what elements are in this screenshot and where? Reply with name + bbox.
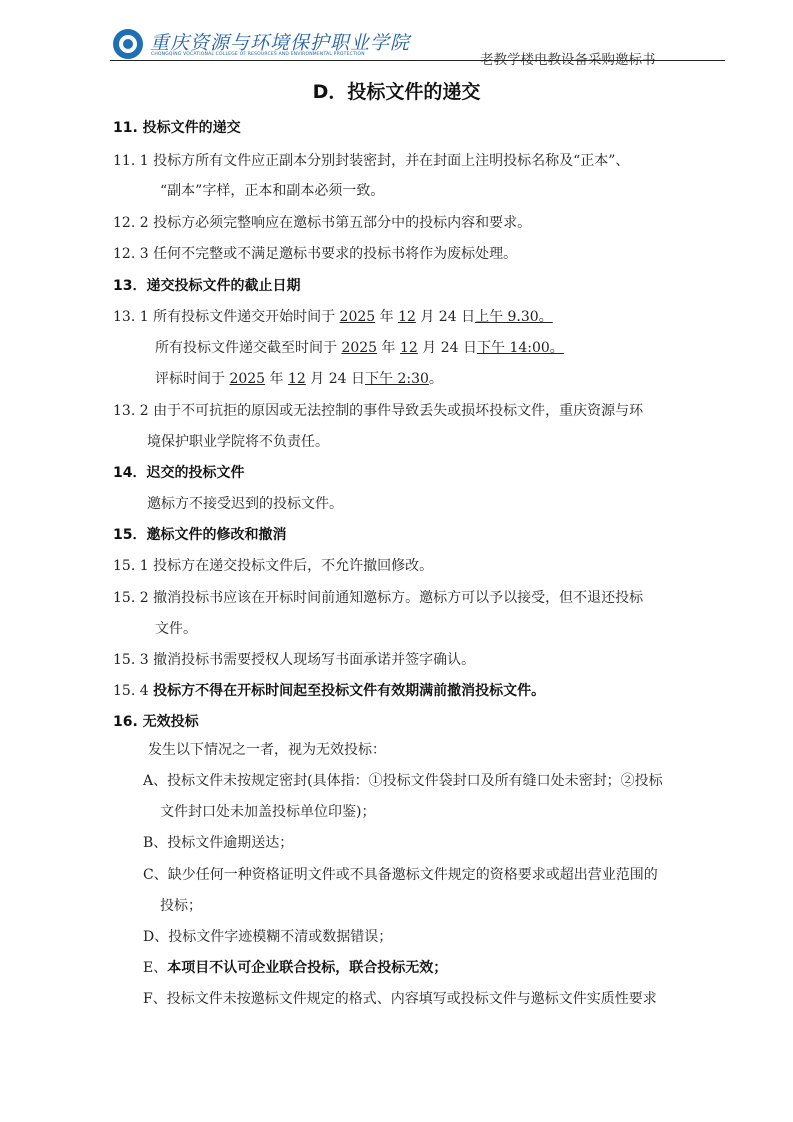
paragraph-15-2-cont: 文件。 [155,618,197,638]
label: 13. 1 所有投标文件递交开始时间于 [113,309,340,325]
item-f: F、投标文件未按邀标文件规定的格式、内容填写或投标文件与邀标文件实质性要求 [143,988,657,1008]
label: 年 [375,309,398,325]
label: 月 24 日 [416,309,475,325]
evaluation-time: 评标时间于 2025 年 12 月 24 日下午 2:30。 [155,368,443,388]
item-d: D、投标文件字迹模糊不清或数据错误； [143,926,392,946]
paragraph-12-2: 12. 2 投标方必须完整响应在邀标书第五部分中的投标内容和要求。 [113,212,531,232]
label: 15. 4 [113,683,153,699]
emphasis-text: 投标方不得在开标时间起至投标文件有效期满前撤消投标文件。 [153,683,545,699]
label: 月 24 日 [418,340,477,356]
label: 。 [429,371,443,387]
month: 12 [400,340,418,356]
paragraph-14: 邀标方不接受迟到的投标文件。 [147,493,343,513]
label: 月 24 日 [306,371,365,387]
document-title: 老教学楼电教设备采购邀标书 [480,48,656,68]
submission-start-time: 13. 1 所有投标文件递交开始时间于 2025 年 12 月 24 日上午 9… [113,306,553,326]
paragraph-15-4: 15. 4 投标方不得在开标时间起至投标文件有效期满前撤消投标文件。 [113,680,545,700]
section-heading-15: 15．邀标文件的修改和撤消 [113,524,286,544]
paragraph-16-intro: 发生以下情况之一者，视为无效投标： [148,739,386,759]
header-divider [110,60,725,61]
paragraph-15-1: 15. 1 投标方在递交投标文件后，不允许撤回修改。 [113,555,433,575]
section-heading-14: 14．迟交的投标文件 [113,462,244,482]
section-heading-16: 16. 无效投标 [113,711,199,731]
page-header: 重庆资源与环境保护职业学院 CHONGQING VOCATIONAL COLLE… [0,0,793,70]
paragraph-13-2: 13. 2 由于不可抗拒的原因或无法控制的事件导致丢失或损坏投标文件，重庆资源与… [113,400,643,420]
logo-english-name: CHONGQING VOCATIONAL COLLEGE OF RESOURCE… [151,52,365,57]
emphasis-text: 本项目不认可企业联合投标，联合投标无效； [167,960,447,976]
paragraph-11-1: 11. 1 投标方所有文件应正副本分别封装密封，并在封面上注明投标名称及“正本”… [113,150,629,170]
label: 年 [265,371,288,387]
label: 年 [377,340,400,356]
paragraph-11-1-cont: “副本”字样，正本和副本必须一致。 [160,180,384,200]
year: 2025 [341,340,377,356]
page-title: D．投标文件的递交 [0,77,793,104]
time: 下午 14:00。 [477,340,564,356]
item-c-cont: 投标； [160,895,202,915]
item-a-cont: 文件封口处未加盖投标单位印鉴)； [160,801,375,821]
submission-deadline: 所有投标文件递交截至时间于 2025 年 12 月 24 日下午 14:00。 [155,337,564,357]
year: 2025 [340,309,376,325]
month: 12 [288,371,306,387]
item-a: A、投标文件未按规定密封(具体指：①投标文件袋封口及所有缝口处未密封；②投标 [143,770,663,790]
paragraph-15-3: 15. 3 撤消投标书需要授权人现场写书面承诺并签字确认。 [113,649,475,669]
label: 评标时间于 [155,371,229,387]
logo-chinese-name: 重庆资源与环境保护职业学院 [150,28,410,55]
year: 2025 [229,371,265,387]
paragraph-12-3: 12. 3 任何不完整或不满足邀标书要求的投标书将作为废标处理。 [113,243,517,263]
section-heading-13: 13．递交投标文件的截止日期 [113,275,300,295]
month: 12 [398,309,416,325]
college-logo-icon [113,29,143,59]
paragraph-13-2-cont: 境保护职业学院将不负责任。 [147,431,329,451]
paragraph-15-2: 15. 2 撤消投标书应该在开标时间前通知邀标方。邀标方可以予以接受，但不退还投… [113,587,643,607]
item-c: C、缺少任何一种资格证明文件或不具备邀标文件规定的资格要求或超出营业范围的 [143,864,658,884]
item-b: B、投标文件逾期送达； [143,832,293,852]
label: E、 [143,960,167,976]
item-e: E、本项目不认可企业联合投标，联合投标无效； [143,957,447,977]
time: 上午 9.30。 [475,309,553,325]
section-heading-11: 11. 投标文件的递交 [113,117,241,137]
label: 所有投标文件递交截至时间于 [155,340,341,356]
time: 下午 2:30 [365,371,429,387]
